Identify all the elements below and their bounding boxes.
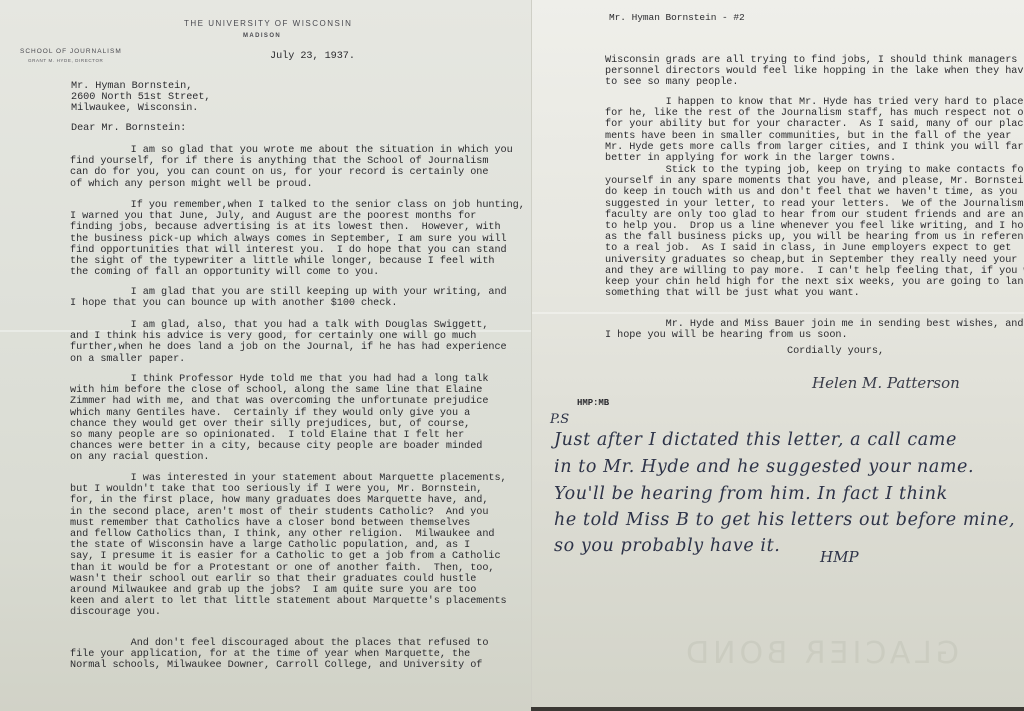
paragraph-7: And don't feel discouraged about the pla… [70,638,488,672]
postscript-line: so you probably have it. [554,536,780,556]
closing: Cordially yours, [787,346,884,357]
paragraph-2: I happen to know that Mr. Hyde has tried… [605,97,1024,164]
letterhead-city: MADISON [243,33,281,39]
letterhead-university: THE UNIVERSITY OF WISCONSIN [184,19,352,28]
postscript-line: You'll be hearing from him. In fact I th… [554,484,948,504]
paragraph-3: Stick to the typing job, keep on trying … [605,165,1024,299]
paragraph-3: I am glad that you are still keeping up … [70,287,507,309]
letterhead-school: SCHOOL OF JOURNALISM [20,48,122,55]
postscript-line: he told Miss B to get his letters out be… [554,510,1015,530]
signature: Helen M. Patterson [812,374,960,392]
letter-page-1: THE UNIVERSITY OF WISCONSIN MADISON SCHO… [0,0,531,711]
recipient-address: Mr. Hyman Bornstein, 2600 North 51st Str… [71,81,210,115]
postscript-line: in to Mr. Hyde and he suggested your nam… [554,457,974,477]
paragraph-5: I think Professor Hyde told me that you … [70,374,488,464]
letter-date: July 23, 1937. [270,51,355,62]
paragraph-1: Wisconsin grads are all trying to find j… [605,55,1024,89]
paper-watermark: GLACIER BOND [682,636,959,671]
paper-fold [532,312,1024,314]
postscript-initials: HMP [820,548,859,566]
postscript-line: Just after I dictated this letter, a cal… [554,430,957,450]
paragraph-4: I am glad, also, that you had a talk wit… [70,320,507,365]
paragraph-1: I am so glad that you wrote me about the… [70,145,513,190]
reference-initials: HMP:MB [577,398,609,409]
paragraph-2: If you remember,when I talked to the sen… [70,200,525,278]
paragraph-6: I was interested in your statement about… [70,473,507,619]
postscript-label: P.S [550,412,569,427]
page-header: Mr. Hyman Bornstein - #2 [609,12,745,23]
letterhead-director: GRANT M. HYDE, DIRECTOR [28,58,103,63]
paragraph-4: Mr. Hyde and Miss Bauer join me in sendi… [605,319,1024,341]
salutation: Dear Mr. Bornstein: [71,123,186,134]
letter-page-2: Mr. Hyman Bornstein - #2 Wisconsin grads… [531,0,1024,707]
